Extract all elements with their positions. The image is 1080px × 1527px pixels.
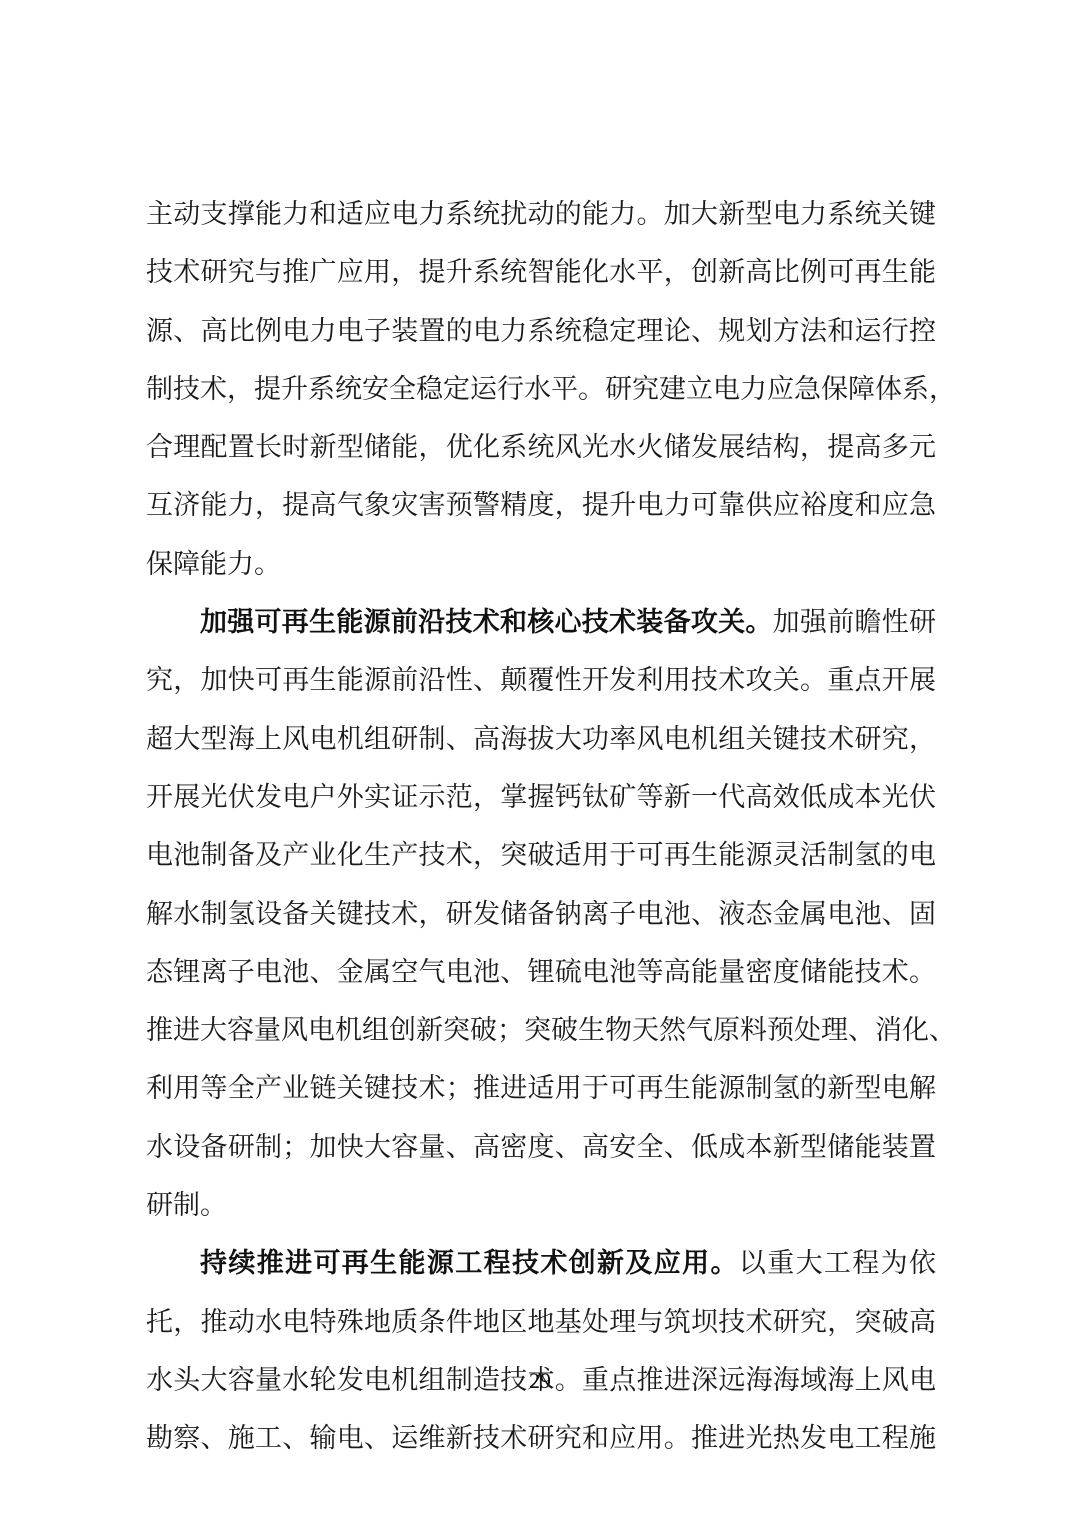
text-line: 托，推动水电特殊地质条件地区地基处理与筑坝技术研究，突破高 xyxy=(146,1294,936,1352)
text-line: 利用等全产业链关键技术；推进适用于可再生能源制氢的新型电解 xyxy=(146,1060,936,1118)
text-line: 源、高比例电力电子装置的电力系统稳定理论、规划方法和运行控 xyxy=(146,303,936,361)
paragraph-first-line: 持续推进可再生能源工程技术创新及应用。以重大工程为依 xyxy=(146,1235,936,1293)
paragraph-text: 加强前瞻性研 xyxy=(773,607,936,638)
text-line: 技术研究与推广应用，提升系统智能化水平，创新高比例可再生能 xyxy=(146,244,936,302)
paragraph-first-line: 加强可再生能源前沿技术和核心技术装备攻关。加强前瞻性研 xyxy=(146,594,936,652)
text-line: 制技术，提升系统安全稳定运行水平。研究建立电力应急保障体系， xyxy=(146,361,936,419)
text-line: 主动支撑能力和适应电力系统扰动的能力。加大新型电力系统关键 xyxy=(146,186,936,244)
text-line: 态锂离子电池、金属空气电池、锂硫电池等高能量密度储能技术。 xyxy=(146,944,936,1002)
document-page: 主动支撑能力和适应电力系统扰动的能力。加大新型电力系统关键 技术研究与推广应用，… xyxy=(146,186,936,1469)
text-line: 超大型海上风电机组研制、高海拔大功率风电机组关键技术研究， xyxy=(146,711,936,769)
paragraph-2: 加强可再生能源前沿技术和核心技术装备攻关。加强前瞻性研 究，加快可再生能源前沿性… xyxy=(146,594,936,1235)
text-line: 互济能力，提高气象灾害预警精度，提升电力可靠供应裕度和应急 xyxy=(146,477,936,535)
text-line: 保障能力。 xyxy=(146,536,936,594)
paragraph-text: 以重大工程为依 xyxy=(739,1248,936,1279)
text-line: 解水制氢设备关键技术，研发储备钠离子电池、液态金属电池、固 xyxy=(146,886,936,944)
text-line: 开展光伏发电户外实证示范，掌握钙钛矿等新一代高效低成本光伏 xyxy=(146,769,936,827)
text-line: 勘察、施工、输电、运维新技术研究和应用。推进光热发电工程施 xyxy=(146,1410,936,1468)
text-line: 水设备研制；加快大容量、高密度、高安全、低成本新型储能装置 xyxy=(146,1119,936,1177)
paragraph-heading: 加强可再生能源前沿技术和核心技术装备攻关。 xyxy=(200,607,773,638)
paragraph-3: 持续推进可再生能源工程技术创新及应用。以重大工程为依 托，推动水电特殊地质条件地… xyxy=(146,1235,936,1468)
text-line: 究，加快可再生能源前沿性、颠覆性开发利用技术攻关。重点开展 xyxy=(146,652,936,710)
paragraph-heading: 持续推进可再生能源工程技术创新及应用。 xyxy=(200,1248,739,1279)
text-line: 推进大容量风电机组创新突破；突破生物天然气原料预处理、消化、 xyxy=(146,1002,936,1060)
text-line: 合理配置长时新型储能，优化系统风光水火储发展结构，提高多元 xyxy=(146,419,936,477)
page-number: 29 xyxy=(0,1368,1080,1394)
paragraph-1: 主动支撑能力和适应电力系统扰动的能力。加大新型电力系统关键 技术研究与推广应用，… xyxy=(146,186,936,594)
text-line: 研制。 xyxy=(146,1177,936,1235)
text-line: 电池制备及产业化生产技术，突破适用于可再生能源灵活制氢的电 xyxy=(146,827,936,885)
